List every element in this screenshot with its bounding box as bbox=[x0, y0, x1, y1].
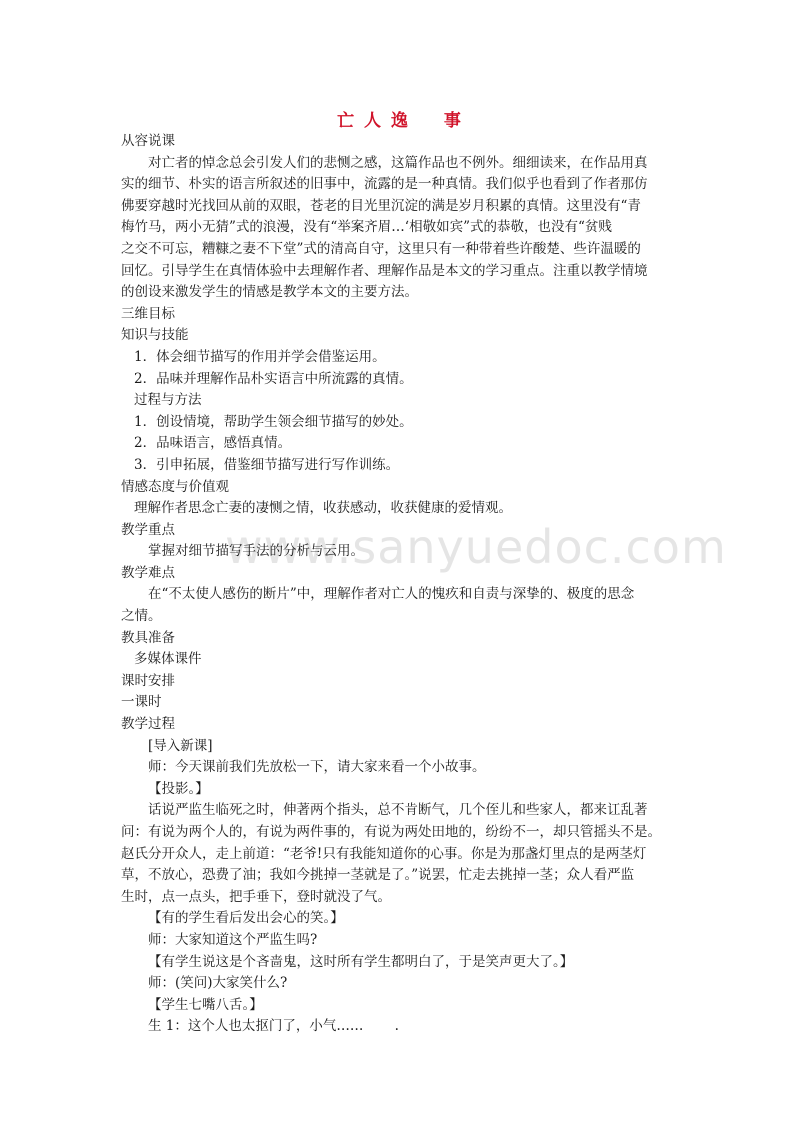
text-line: 教学过程 bbox=[121, 714, 673, 736]
text-line: 知识与技能 bbox=[121, 325, 673, 347]
text-line: 教学难点 bbox=[121, 563, 673, 585]
text-line: 生 1：这个人也太抠门了，小气…… . bbox=[121, 1016, 673, 1038]
title-part-1: 亡 人 逸 bbox=[337, 111, 410, 131]
text-line: 的创设来激发学生的情感是教学本文的主要方法。 bbox=[121, 282, 673, 304]
text-line: 师：大家知道这个严监生吗? bbox=[121, 930, 673, 952]
text-line: 过程与方法 bbox=[121, 390, 673, 412]
text-line: 【有学生说这是个吝啬鬼，这时所有学生都明白了，于是笑声更大了。】 bbox=[121, 952, 673, 974]
text-line: 多媒体课件 bbox=[121, 649, 673, 671]
text-line: 教学重点 bbox=[121, 520, 673, 542]
text-line: 理解作者思念亡妻的凄恻之情，收获感动，收获健康的爱情观。 bbox=[121, 498, 673, 520]
text-line: 情感态度与价值观 bbox=[121, 477, 673, 499]
document-body: 从容说课对亡者的悼念总会引发人们的悲恻之感，这篇作品也不例外。细细读来，在作品用… bbox=[121, 131, 673, 1038]
text-line: 1．创设情境，帮助学生领会细节描写的妙处。 bbox=[121, 412, 673, 434]
text-line: 话说严监生临死之时，伸著两个指头，总不肯断气，几个侄儿和些家人，都来讧乱著 bbox=[121, 800, 673, 822]
text-line: 在“不太使人感伤的断片”中，理解作者对亡人的愧疚和自责与深挚的、极度的思念 bbox=[121, 584, 673, 606]
text-line: 生时，点一点头，把手垂下，登时就没了气。 bbox=[121, 887, 673, 909]
text-line: 1．体会细节描写的作用并学会借鉴运用。 bbox=[121, 347, 673, 369]
text-line: 2．品味并理解作品朴实语言中所流露的真情。 bbox=[121, 369, 673, 391]
text-line: 师：(笑问)大家笑什么? bbox=[121, 973, 673, 995]
text-line: 从容说课 bbox=[121, 131, 673, 153]
text-line: 之交不可忘，糟糠之妻不下堂”式的清高自守，这里只有一种带着些许酸楚、些许温暖的 bbox=[121, 239, 673, 261]
text-line: 2．品味语言，感悟真情。 bbox=[121, 433, 673, 455]
text-line: 草，不放心，恐费了油；我如今挑掉一茎就是了。”说罢，忙走去挑掉一茎；众人看严监 bbox=[121, 865, 673, 887]
text-line: 之情。 bbox=[121, 606, 673, 628]
text-line: 三维目标 bbox=[121, 304, 673, 326]
text-line: 掌握对细节描写手法的分析与云用。 bbox=[121, 541, 673, 563]
text-line: 梅竹马，两小无猜”式的浪漫，没有“举案齐眉…‘相敬如宾”式的恭敬，也没有“贫贱 bbox=[121, 217, 673, 239]
text-line: 3．引申拓展，借鉴细节描写进行写作训练。 bbox=[121, 455, 673, 477]
text-line: 回忆。引导学生在真情体验中去理解作者、理解作品是本文的学习重点。注重以教学情境 bbox=[121, 261, 673, 283]
text-line: 实的细节、朴实的语言所叙述的旧事中，流露的是一种真情。我们似乎也看到了作者那仿 bbox=[121, 174, 673, 196]
text-line: 对亡者的悼念总会引发人们的悲恻之感，这篇作品也不例外。细细读来，在作品用真 bbox=[121, 153, 673, 175]
text-line: 问：有说为两个人的，有说为两件事的，有说为两处田地的，纷纷不一，却只管摇头不是。 bbox=[121, 822, 673, 844]
document-page: 亡 人 逸事 www.sanyuedoc.com 从容说课对亡者的悼念总会引发人… bbox=[0, 0, 800, 1132]
text-line: 教具准备 bbox=[121, 628, 673, 650]
title-part-2: 事 bbox=[444, 111, 463, 131]
text-line: 佛要穿越时光找回从前的双眼，苍老的目光里沉淀的满是岁月积累的真情。这里没有“青 bbox=[121, 196, 673, 218]
text-line: 课时安排 bbox=[121, 671, 673, 693]
text-line: 【投影。】 bbox=[121, 779, 673, 801]
text-line: 一课时 bbox=[121, 692, 673, 714]
text-line: 【学生七嘴八舌。】 bbox=[121, 995, 673, 1017]
text-line: 师：今天课前我们先放松一下，请大家来看一个小故事。 bbox=[121, 757, 673, 779]
text-line: [导入新课] bbox=[121, 736, 673, 758]
text-line: 赵氏分开众人，走上前道：“老爷!只有我能知道你的心事。你是为那盏灯里点的是两茎灯 bbox=[121, 844, 673, 866]
text-line: 【有的学生看后发出会心的笑。】 bbox=[121, 908, 673, 930]
document-title: 亡 人 逸事 bbox=[0, 106, 800, 131]
